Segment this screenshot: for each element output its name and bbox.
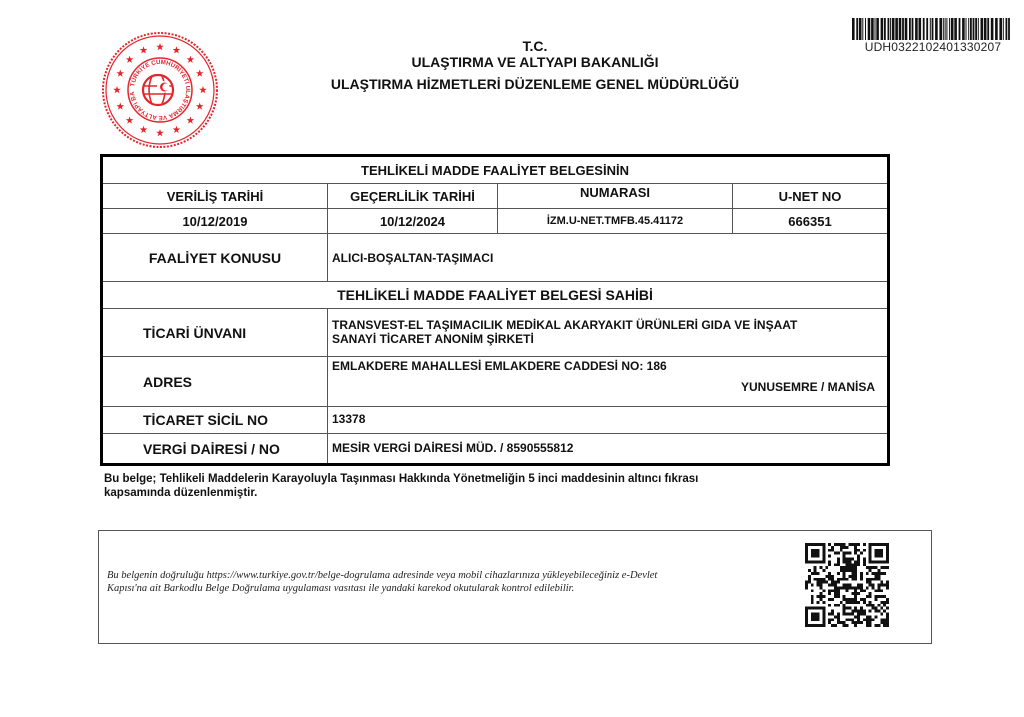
header-ministry: ULAŞTIRMA VE ALTYAPI BAKANLIĞI xyxy=(300,54,770,70)
tax-office-label: VERGİ DAİRESİ / NO xyxy=(143,434,327,463)
regulation-note-line-1: Bu belge; Tehlikeli Maddelerin Karayoluy… xyxy=(104,472,764,486)
trade-name-label: TİCARİ ÜNVANI xyxy=(143,309,327,356)
trade-registry-value: 13378 xyxy=(332,407,882,431)
verification-text: Bu belgenin doğruluğu https://www.turkiy… xyxy=(107,569,787,595)
svg-text:TÜRKİYE CUMHURİYETİ ULAŞTIRMA: TÜRKİYE CUMHURİYETİ ULAŞTIRMA VE ALTYAPI… xyxy=(100,30,191,121)
verification-line-1: Bu belgenin doğruluğu https://www.turkiy… xyxy=(107,569,787,582)
column-header-number: NUMARASI xyxy=(498,182,732,202)
activity-label: FAALİYET KONUSU xyxy=(103,234,327,281)
header-directorate: ULAŞTIRMA HİZMETLERİ DÜZENLEME GENEL MÜD… xyxy=(300,76,770,92)
verification-box: Bu belgenin doğruluğu https://www.turkiy… xyxy=(98,530,932,644)
regulation-note: Bu belge; Tehlikeli Maddelerin Karayoluy… xyxy=(104,472,764,500)
address-city: YUNUSEMRE / MANİSA xyxy=(332,379,875,395)
regulation-note-line-2: kapsamında düzenlenmiştir. xyxy=(104,486,764,500)
verification-qr-code[interactable] xyxy=(805,543,889,627)
trade-name-line-1: TRANSVEST-EL TAŞIMACILIK MEDİKAL AKARYAK… xyxy=(332,318,797,332)
column-header-issue-date: VERİLİŞ TARİHİ xyxy=(103,184,327,208)
column-header-unet-no: U-NET NO xyxy=(733,184,887,208)
tax-office-value: MESİR VERGİ DAİRESİ MÜD. / 8590555812 xyxy=(332,434,882,462)
trade-name-line-2: SANAYİ TİCARET ANONİM ŞİRKETİ xyxy=(332,332,534,346)
trade-registry-label: TİCARET SİCİL NO xyxy=(143,407,327,433)
validity-date-value: 10/12/2024 xyxy=(328,209,497,233)
header-tc: T.C. xyxy=(300,38,770,54)
document-barcode xyxy=(852,18,1012,40)
issue-date-value: 10/12/2019 xyxy=(103,209,327,233)
certificate-title: TEHLİKELİ MADDE FAALİYET BELGESİNİN xyxy=(103,157,887,183)
owner-section-title: TEHLİKELİ MADDE FAALİYET BELGESİ SAHİBİ xyxy=(103,282,887,308)
column-header-validity-date: GEÇERLİLİK TARİHİ xyxy=(328,184,497,208)
verification-line-2: Kapısı'na ait Barkodlu Belge Doğrulama u… xyxy=(107,582,787,595)
ministry-seal-logo: TÜRKİYE CUMHURİYETİ ULAŞTIRMA VE ALTYAPI… xyxy=(100,30,220,150)
address-label: ADRES xyxy=(143,367,327,397)
certificate-table: TEHLİKELİ MADDE FAALİYET BELGESİNİN VERİ… xyxy=(100,154,890,466)
certificate-number-value: İZM.U-NET.TMFB.45.41172 xyxy=(498,209,732,233)
unet-no-value: 666351 xyxy=(733,209,887,233)
activity-value: ALICI-BOŞALTAN-TAŞIMACI xyxy=(332,234,882,281)
address-line: EMLAKDERE MAHALLESİ EMLAKDERE CADDESİ NO… xyxy=(332,358,882,374)
trade-name-value: TRANSVEST-EL TAŞIMACILIK MEDİKAL AKARYAK… xyxy=(332,317,882,347)
barcode-number: UDH0322102401330207 xyxy=(848,40,1018,54)
